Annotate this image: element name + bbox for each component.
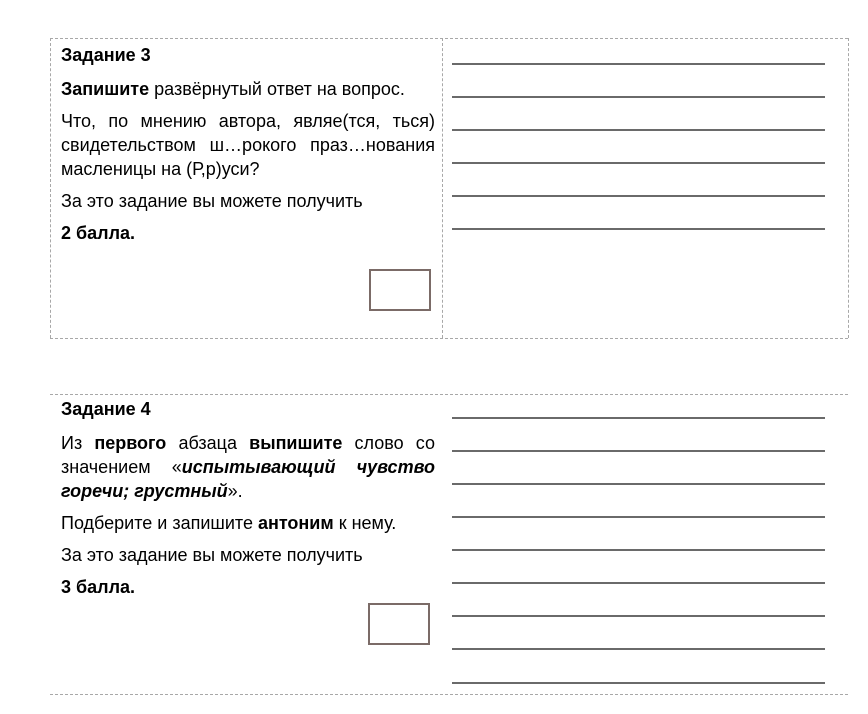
answer-line[interactable] — [452, 195, 825, 197]
task-4-border-bottom — [50, 694, 848, 695]
task-4-title: Задание 4 — [61, 397, 435, 421]
answer-line[interactable] — [452, 483, 825, 485]
task-4-points-text: За это задание вы можете получить — [61, 543, 435, 567]
task-4-score-box[interactable] — [368, 603, 430, 645]
task-4-subinstruction: Подберите и запишите антоним к нему. — [61, 511, 435, 535]
task-4-points-value: 3 балла. — [61, 575, 435, 599]
answer-line[interactable] — [452, 615, 825, 617]
task-3-border-bottom — [50, 338, 848, 339]
text-run: к нему. — [334, 513, 397, 533]
task-3-block: Задание 3 Запишите развёрнутый ответ на … — [50, 38, 848, 340]
task-3-title: Задание 3 — [61, 43, 435, 67]
task-3-points-text: За это задание вы можете получить — [61, 189, 435, 213]
task-4-block: Задание 4 Из первого абзаца выпишите сло… — [50, 394, 848, 696]
text-run: абзаца — [166, 433, 249, 453]
answer-line[interactable] — [452, 648, 825, 650]
answer-line[interactable] — [452, 516, 825, 518]
answer-line[interactable] — [452, 228, 825, 230]
text-bold: выпишите — [249, 433, 342, 453]
answer-line[interactable] — [452, 63, 825, 65]
text-run: ». — [228, 481, 243, 501]
task-3-border-left — [50, 38, 51, 338]
answer-line[interactable] — [452, 549, 825, 551]
answer-line[interactable] — [452, 162, 825, 164]
task-4-border-top — [50, 394, 848, 395]
task-4-instruction: Из первого абзаца выпишите слово со знач… — [61, 431, 435, 503]
answer-line[interactable] — [452, 682, 825, 684]
answer-line[interactable] — [452, 129, 825, 131]
text-bold: антоним — [258, 513, 334, 533]
text-run: Подберите и запишите — [61, 513, 258, 533]
task-3-score-box[interactable] — [369, 269, 431, 311]
task-4-text: Задание 4 Из первого абзаца выпишите сло… — [61, 397, 435, 607]
task-3-instruction: Запишите развёрнутый ответ на вопрос. — [61, 77, 435, 101]
text-bold: первого — [94, 433, 166, 453]
task-3-instruction-rest: развёрнутый ответ на вопрос. — [149, 79, 405, 99]
task-3-text: Задание 3 Запишите развёрнутый ответ на … — [61, 43, 435, 253]
answer-line[interactable] — [452, 582, 825, 584]
task-3-points-value: 2 балла. — [61, 221, 435, 245]
task-3-question: Что, по мнению автора, являе(тся, ться) … — [61, 109, 435, 181]
task-3-divider — [442, 38, 443, 338]
task-3-border-right — [848, 38, 849, 338]
answer-line[interactable] — [452, 417, 825, 419]
text-run: Из — [61, 433, 94, 453]
answer-line[interactable] — [452, 96, 825, 98]
task-3-instruction-bold: Запишите — [61, 79, 149, 99]
task-3-border-top — [50, 38, 848, 39]
answer-line[interactable] — [452, 450, 825, 452]
